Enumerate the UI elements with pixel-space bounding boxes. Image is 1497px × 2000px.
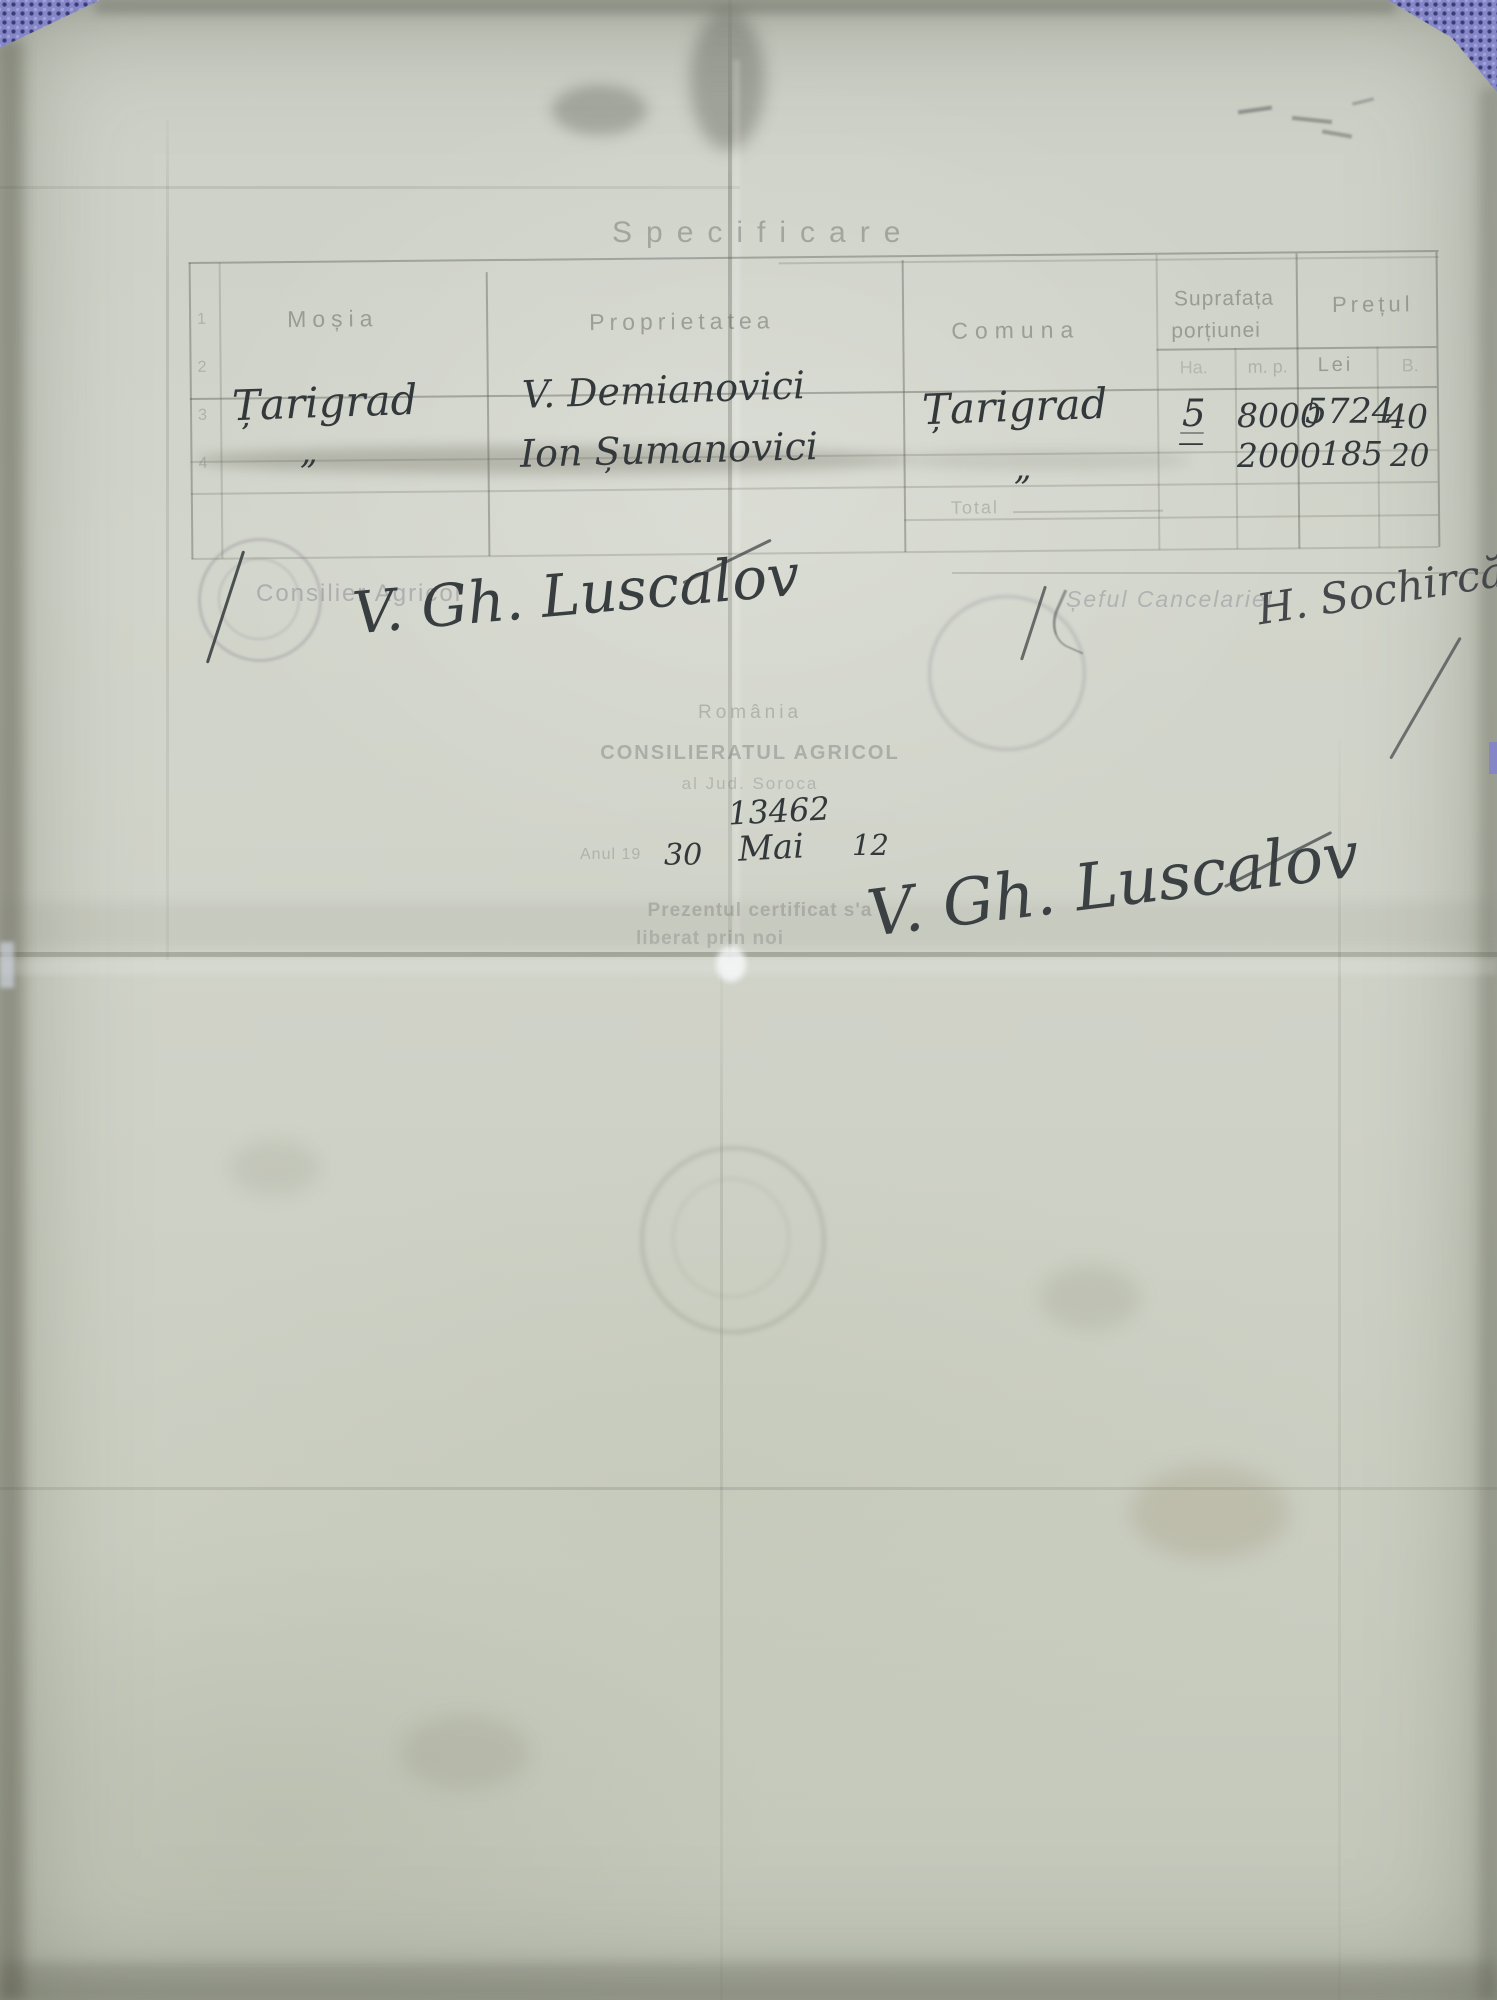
stain-mid-right xyxy=(1040,1265,1140,1330)
registry-number: 13462 xyxy=(727,789,831,832)
stain-top-center xyxy=(552,85,647,135)
row2-comuna-ditto: „ xyxy=(1014,448,1032,488)
table-vline-number-col xyxy=(219,263,224,559)
vertical-fold-left xyxy=(166,120,169,960)
total-label: Total xyxy=(951,497,999,518)
horizontal-crease-top xyxy=(0,186,740,189)
pencil-scribble-4 xyxy=(1352,97,1374,105)
table-vline-proprietatea-comuna xyxy=(902,260,907,552)
header-comuna: Comuna xyxy=(951,316,1080,344)
subheader-lei: Lei xyxy=(1318,354,1354,377)
document-title: Specificare xyxy=(612,216,914,250)
stain-bottom-left xyxy=(400,1715,530,1790)
header-suprafata-line2: porțiunei xyxy=(1171,319,1261,344)
registry-anul-label: Anul 19 xyxy=(580,846,641,864)
table-vline-outer-left xyxy=(189,263,194,559)
vertical-fold-lower xyxy=(720,962,723,2000)
bottom-edge-shadow xyxy=(0,1962,1497,2000)
row2-mp-value: 2000 xyxy=(1237,436,1321,475)
top-edge-shadow xyxy=(95,0,1395,14)
registry-year: 12 xyxy=(852,828,889,862)
table-border-bottom xyxy=(191,546,1438,559)
left-edge-notch xyxy=(0,942,14,988)
registry-day: 30 xyxy=(664,838,702,873)
right-signature-descender xyxy=(1389,637,1461,759)
right-edge-shadow xyxy=(1479,90,1497,2000)
registry-office: CONSILIERATUL AGRICOL xyxy=(570,742,930,765)
header-proprietatea: Proprietatea xyxy=(589,307,775,336)
right-edge-fabric-notch xyxy=(1489,742,1497,774)
stain-left-mid xyxy=(230,1140,320,1195)
row2-mosia-ditto: „ xyxy=(300,432,318,472)
stain-bottom-right xyxy=(1130,1465,1290,1560)
row-number-2: 2 xyxy=(198,359,207,377)
document-paper: Specificare Moșia Proprietatea xyxy=(0,0,1497,2000)
table-vline-mosia-proprietatea xyxy=(486,272,491,556)
table-vline-outer-right xyxy=(1436,252,1441,547)
row2-proprietatea-value: Ion Șumanovici xyxy=(519,424,818,476)
left-edge-shadow xyxy=(0,40,24,2000)
row1-comuna-value: Țarigrad xyxy=(921,379,1108,434)
horizontal-fold-secondary xyxy=(0,1487,1497,1490)
pencil-scribble-3 xyxy=(1322,129,1352,138)
row-number-1: 1 xyxy=(197,311,206,329)
pencil-scribble-2 xyxy=(1292,116,1332,124)
registry-month: Mai xyxy=(737,826,805,869)
row2-ha-value: — xyxy=(1178,428,1204,458)
registry-issued-line2: liberat prin noi xyxy=(600,928,820,950)
row2-bani-value: 20 xyxy=(1390,438,1429,474)
ghost-round-stamp-inner xyxy=(672,1178,790,1298)
header-pret: Prețul xyxy=(1332,291,1414,318)
horizontal-fold-main xyxy=(0,952,1497,957)
table-line-row2 xyxy=(191,481,1438,494)
pencil-scribble-1 xyxy=(1238,106,1272,115)
row1-lei-value: 5724 xyxy=(1305,392,1394,432)
row-number-3: 3 xyxy=(198,407,207,425)
right-signature: H. Sochircă xyxy=(1254,547,1497,635)
header-suprafata-line1: Suprafața xyxy=(1174,287,1274,312)
row2-lei-value: 185 xyxy=(1320,434,1383,473)
total-dash-line xyxy=(1013,510,1163,513)
subheader-ha: Ha. xyxy=(1180,357,1208,378)
subheader-bani: B. xyxy=(1402,355,1419,376)
registry-county: al Jud. Soroca xyxy=(600,774,900,794)
fold-intersection-glint xyxy=(716,946,746,982)
header-mosia: Moșia xyxy=(287,305,379,333)
horizontal-fold-light-band xyxy=(0,959,1497,975)
row1-bani-value: 40 xyxy=(1386,397,1428,436)
row1-mosia-value: Țarigrad xyxy=(231,375,418,430)
right-role-label: Șeful Cancelariei xyxy=(1066,586,1274,613)
photo-background-fabric: Specificare Moșia Proprietatea xyxy=(0,0,1497,2000)
subheader-mp: m. p. xyxy=(1248,356,1288,377)
table-vline-comuna-suprafata xyxy=(1156,255,1161,550)
row-number-4: 4 xyxy=(198,455,207,473)
registry-country: România xyxy=(600,702,900,724)
